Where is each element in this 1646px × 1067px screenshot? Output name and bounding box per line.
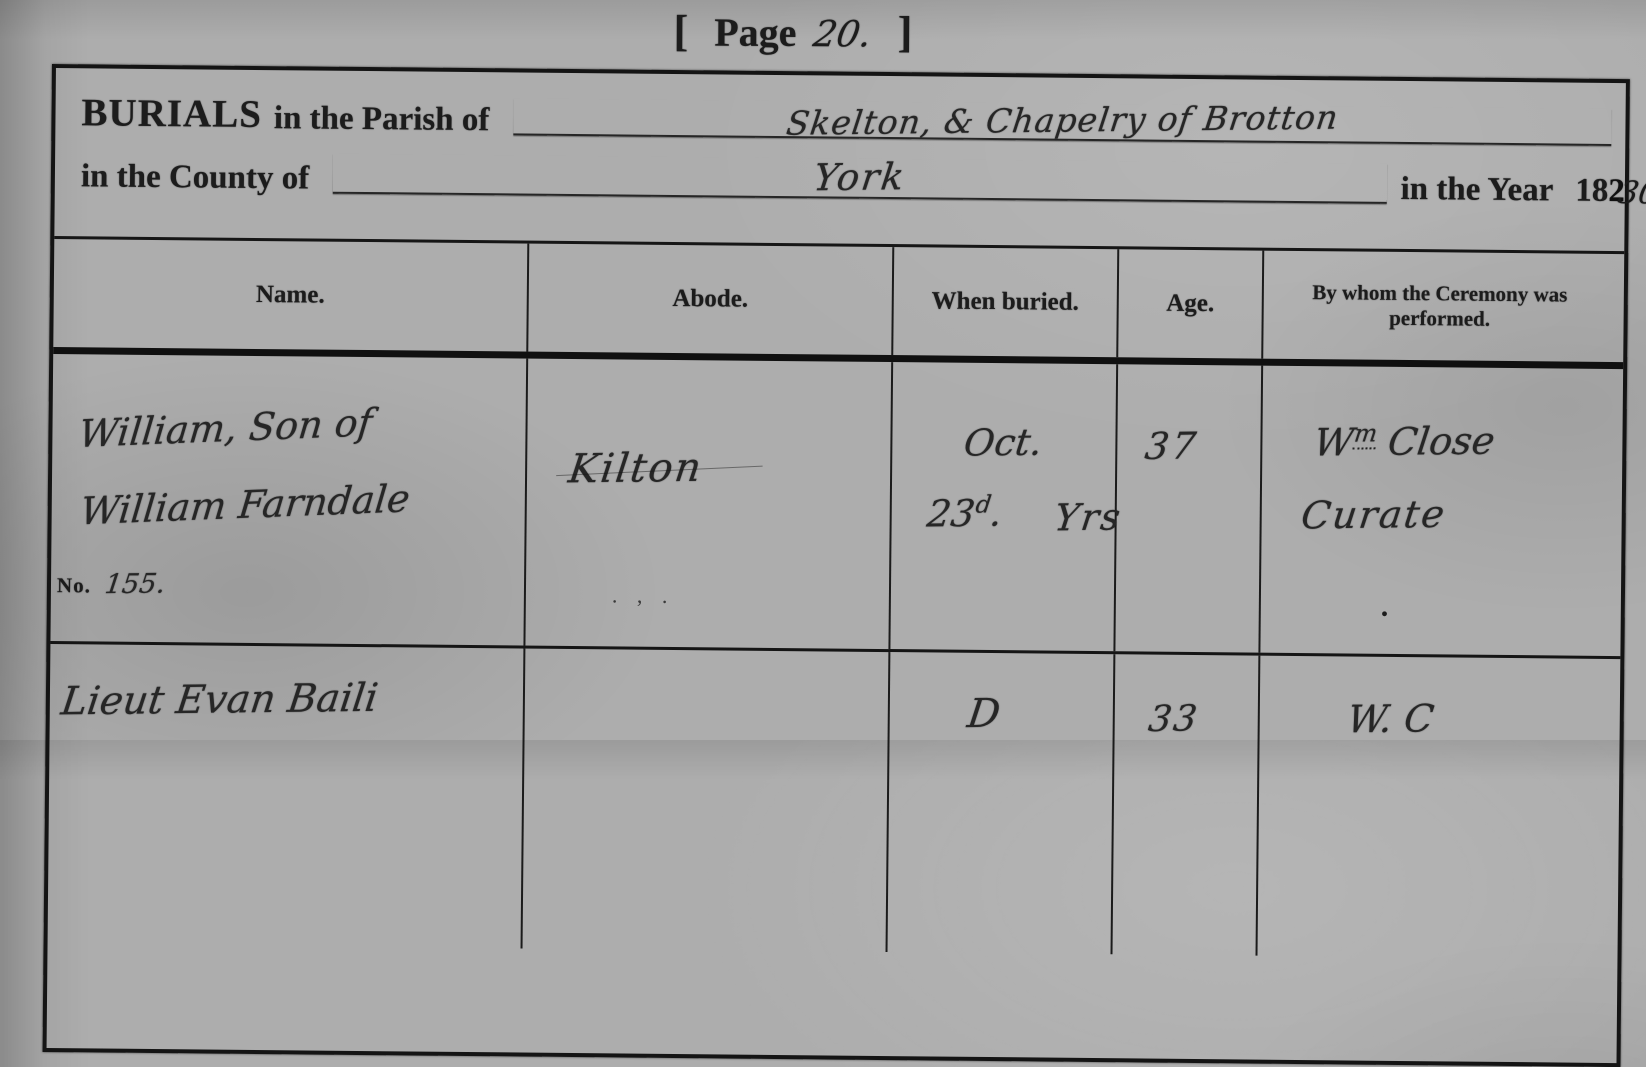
age-cell: 37 Yrs: [1113, 364, 1261, 652]
year-overwrite-group: 2 30: [1608, 173, 1625, 210]
entry-burial-day: 23d.: [925, 490, 1005, 535]
column-header-row: Name. Abode. When buried. Age. By whom t…: [53, 236, 1624, 369]
ceremony-cell: Wm Close Curate .: [1258, 366, 1615, 656]
entry-age-unit: Yrs: [1052, 496, 1125, 540]
entry-name: William, Son of William Farndale: [79, 387, 410, 547]
in-the-parish-of-label: in the Parish of: [274, 100, 490, 139]
abode-ink-dots: . , .: [612, 582, 675, 609]
register-title-block: BURIALS in the Parish of Skelton, & Chap…: [54, 68, 1626, 251]
age-cell-partial: 33: [1111, 654, 1259, 740]
page-number-header: [Page20.]: [0, 2, 1586, 61]
table-row-entry-partial: Lieut Evan Baili D 33 W. C: [48, 644, 1621, 740]
column-header-abode: Abode.: [526, 244, 892, 355]
partial-age-value: 33: [1146, 699, 1201, 740]
table-row-entry-155: William, Son of William Farndale No. 155…: [50, 354, 1623, 659]
entry-number-value: 155.: [103, 569, 167, 601]
column-header-name: Name.: [53, 239, 527, 352]
county-blank-line: York: [333, 154, 1387, 204]
entry-name-line2: William Farndale: [77, 460, 414, 549]
in-the-county-of-label: in the County of: [81, 158, 310, 197]
ceremony-cell-partial: W. C: [1255, 656, 1612, 740]
open-bracket: [: [647, 6, 714, 55]
title-line-parish: BURIALS in the Parish of Skelton, & Chap…: [81, 90, 1625, 150]
page-number: 20.: [811, 14, 876, 55]
entry-performer-name: Wm Close: [1311, 418, 1497, 465]
burials-word: BURIALS: [81, 90, 262, 137]
partial-performer-name: W. C: [1345, 696, 1437, 740]
page-label: Page: [714, 10, 796, 55]
partial-burial-month: D: [965, 691, 1003, 737]
entry-number-label: No.: [57, 573, 91, 597]
scan-artifact-marks: ′ ·: [1507, 182, 1554, 206]
column-header-when-buried: When buried.: [891, 247, 1117, 357]
county-handwritten-value: York: [812, 158, 909, 196]
entry-abode: Kilton: [566, 445, 706, 492]
column-header-ceremony: By whom the Ceremony was performed.: [1261, 251, 1616, 362]
entry-burial-month: Oct.: [962, 421, 1045, 465]
parish-blank-line: Skelton, & Chapelry of Brotton: [513, 98, 1611, 146]
year-printed-18: 18: [1575, 173, 1608, 210]
name-cell-partial: Lieut Evan Baili: [48, 644, 524, 740]
name-cell: William, Son of William Farndale No. 155…: [50, 354, 526, 646]
column-header-age: Age.: [1116, 249, 1262, 358]
parish-handwritten-value: Skelton, & Chapelry of Brotton: [784, 101, 1340, 140]
performer-ink-dot: .: [1381, 590, 1389, 624]
entry-number: No. 155.: [57, 568, 165, 600]
entry-performer-title: Curate: [1299, 492, 1449, 538]
close-bracket: ]: [872, 7, 939, 56]
title-line-county-year: in the County of York in the Year 18 2 3…: [81, 151, 1625, 210]
partial-entry-name: Lieut Evan Baili: [59, 676, 381, 725]
when-buried-cell-partial: D: [886, 652, 1114, 740]
entry-name-line1: William, Son of: [75, 384, 376, 472]
burial-register-table: ′ · BURIALS in the Parish of Skelton, & …: [43, 64, 1630, 740]
abode-cell: Kilton . , .: [523, 359, 891, 649]
entry-age-value: 37: [1143, 424, 1202, 468]
abode-cell-partial: [521, 649, 889, 740]
